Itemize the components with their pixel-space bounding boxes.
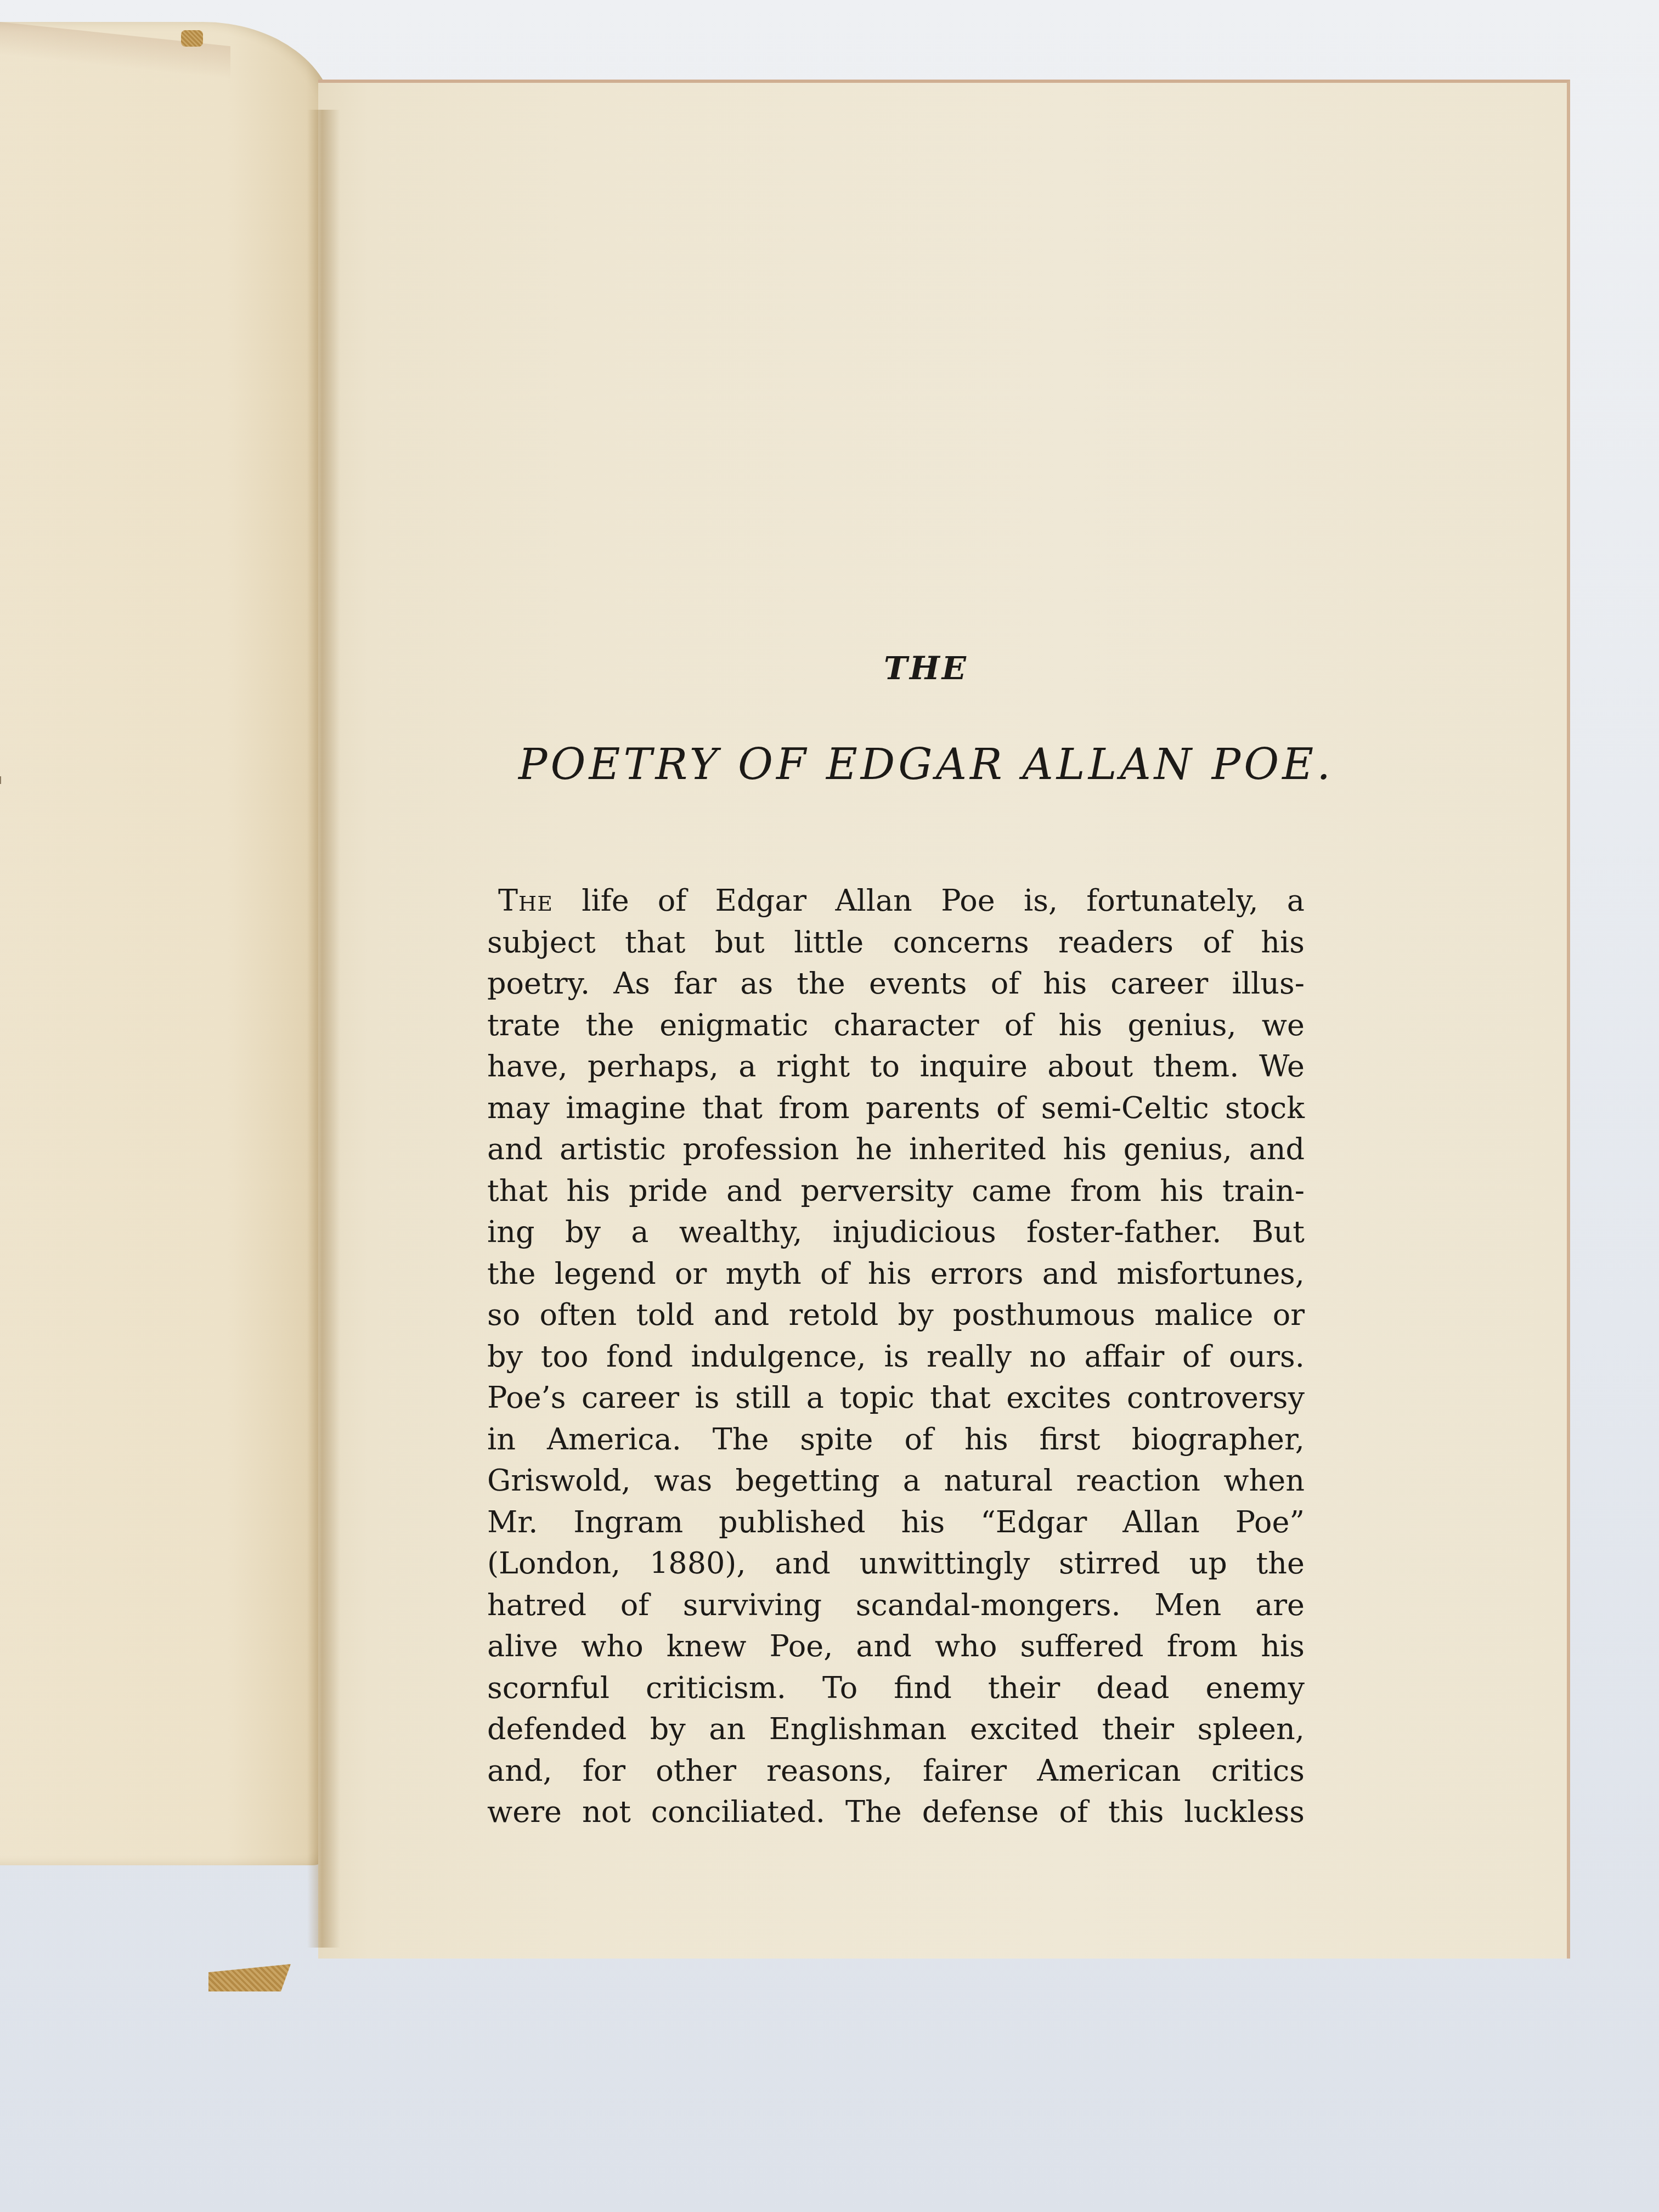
body-line: ing by a wealthy, injudicious foster-fat…: [487, 1211, 1305, 1253]
page-title: POETRY OF EDGAR ALLAN POE.: [487, 740, 1365, 789]
body-paragraph: The life of Edgar Allan Poe is, fortunat…: [487, 880, 1305, 1833]
body-line: subject that but little concerns readers…: [487, 922, 1305, 963]
body-line: hatred of surviving scandal-mongers. Men…: [487, 1584, 1305, 1626]
paper-blemish: [0, 776, 1, 784]
body-line: may imagine that from parents of semi-Ce…: [487, 1087, 1305, 1129]
body-line: have, perhaps, a right to inquire about …: [487, 1046, 1305, 1087]
body-line: scornful criticism. To find their dead e…: [487, 1667, 1305, 1709]
right-page: THE POETRY OF EDGAR ALLAN POE. The life …: [318, 80, 1570, 1959]
spine-cloth-top: [181, 30, 203, 47]
left-page: [0, 22, 335, 1865]
body-line: defended by an Englishman excited their …: [487, 1708, 1305, 1750]
body-line: the legend or myth of his errors and mis…: [487, 1253, 1305, 1295]
body-line: Griswold, was begetting a natural reacti…: [487, 1460, 1305, 1502]
body-line: in America. The spite of his first biogr…: [487, 1419, 1305, 1460]
body-line: and, for other reasons, fairer American …: [487, 1750, 1305, 1792]
body-line: Poe’s career is still a topic that excit…: [487, 1377, 1305, 1419]
body-line: Mr. Ingram published his “Edgar Allan Po…: [487, 1502, 1305, 1543]
body-line: and artistic profession he inherited his…: [487, 1128, 1305, 1170]
book-gutter: [307, 110, 340, 1948]
heading-the: THE: [487, 650, 1365, 687]
body-line: poetry. As far as the events of his care…: [487, 963, 1305, 1005]
body-line: trate the enigmatic character of his gen…: [487, 1005, 1305, 1046]
body-line: by too fond indulgence, is really no aff…: [487, 1336, 1305, 1378]
body-line: alive who knew Poe, and who suffered fro…: [487, 1626, 1305, 1667]
body-line: The life of Edgar Allan Poe is, fortunat…: [487, 880, 1305, 922]
body-line: that his pride and perversity came from …: [487, 1170, 1305, 1212]
body-line: were not conciliated. The defense of thi…: [487, 1791, 1305, 1833]
body-line: (London, 1880), and unwittingly stirred …: [487, 1543, 1305, 1584]
body-line: so often told and retold by posthumous m…: [487, 1294, 1305, 1336]
opening-small-caps: The: [498, 883, 553, 918]
